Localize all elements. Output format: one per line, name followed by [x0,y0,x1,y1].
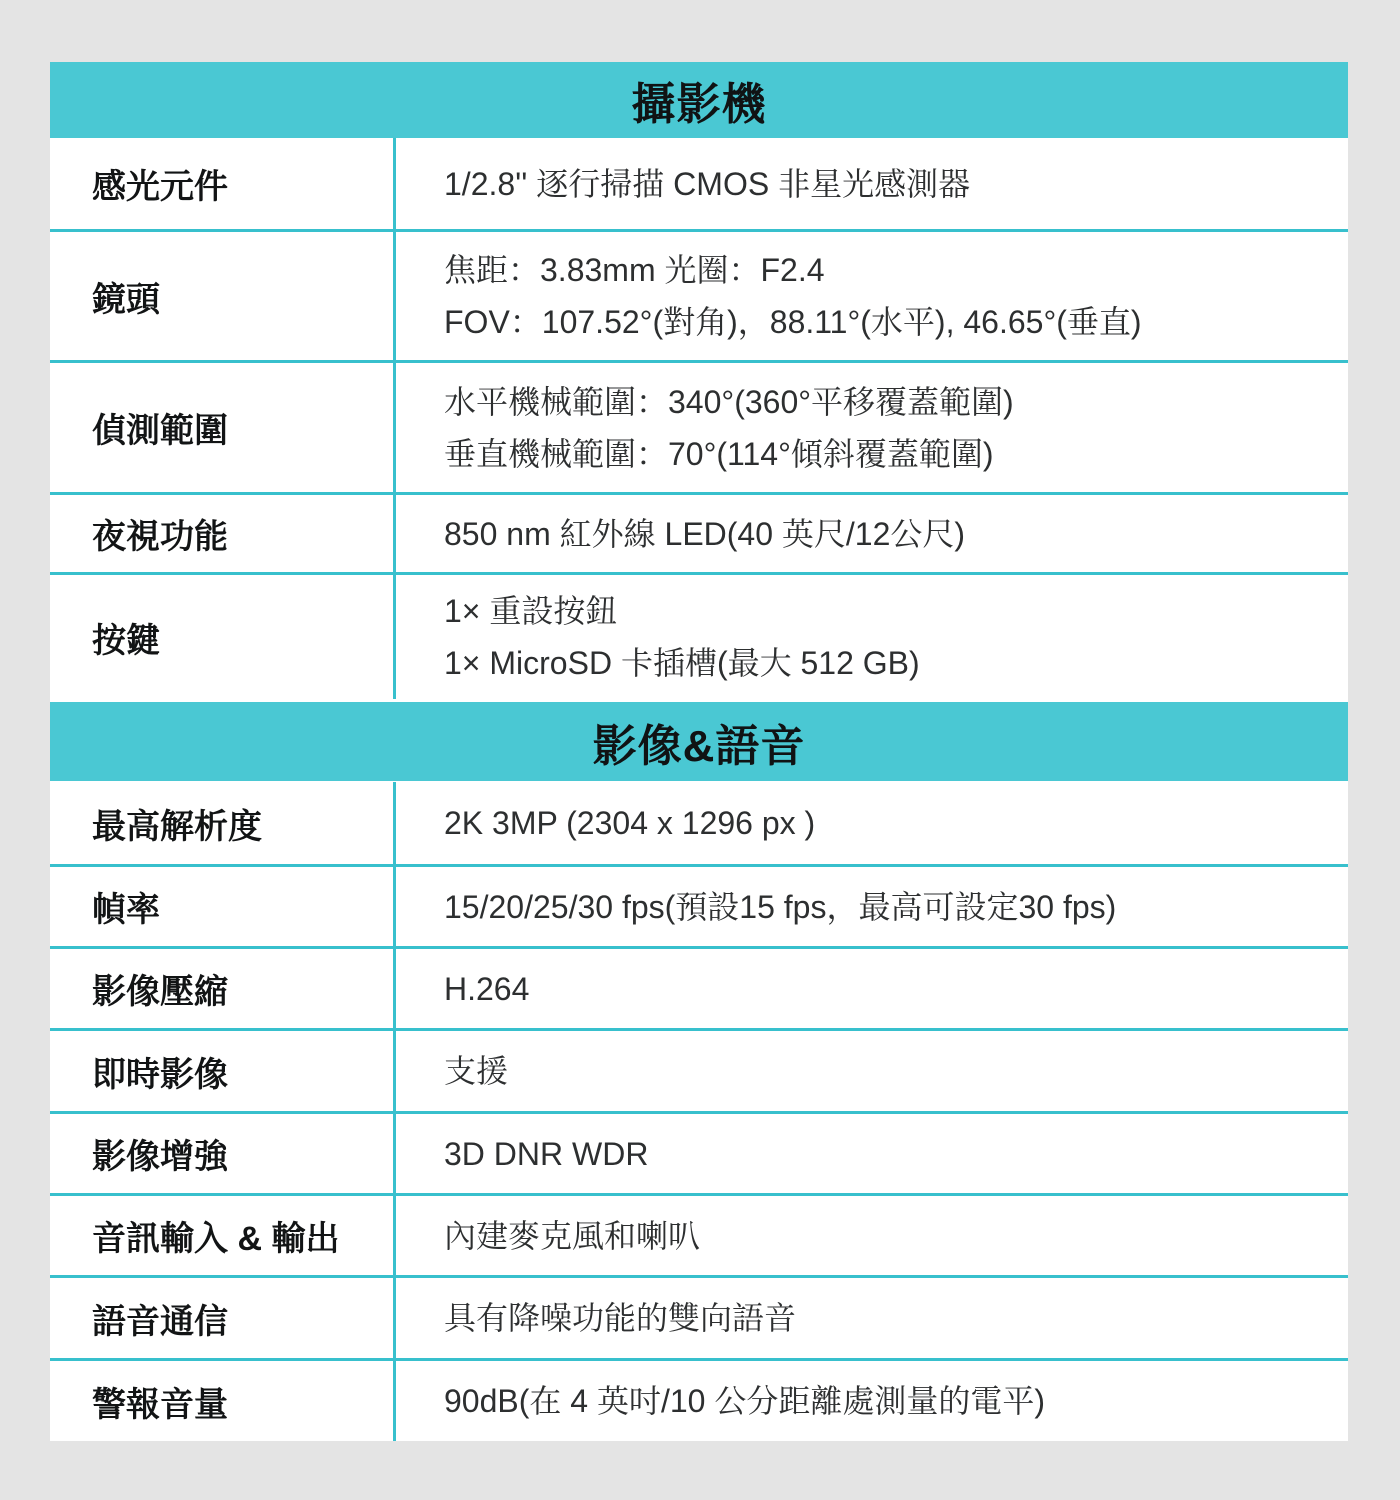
spec-value-line: 15/20/25/30 fps(預設15 fps，最高可設定30 fps) [444,881,1328,933]
spec-label: 幀率 [50,867,396,946]
table-row: 影像增強 3D DNR WDR [50,1111,1348,1193]
table-row: 影像壓縮 H.264 [50,946,1348,1028]
section-title: 攝影機 [632,68,767,132]
spec-label: 警報音量 [50,1361,396,1441]
spec-value: 850 nm 紅外線 LED(40 英尺/12公尺) [396,495,1348,572]
spec-label: 語音通信 [50,1278,396,1358]
spec-value: 支援 [396,1031,1348,1111]
spec-label: 夜視功能 [50,495,396,572]
table-row: 音訊輸入 & 輸出 內建麥克風和喇叭 [50,1193,1348,1275]
table-row: 感光元件 1/2.8'' 逐行掃描 CMOS 非星光感測器 [50,138,1348,229]
spec-value-line: 1/2.8'' 逐行掃描 CMOS 非星光感測器 [444,158,1328,210]
table-row: 偵測範圍 水平機械範圍：340°(360°平移覆蓋範圍) 垂直機械範圍：70°(… [50,360,1348,492]
spec-value: 具有降噪功能的雙向語音 [396,1278,1348,1358]
spec-value: 1× 重設按鈕 1× MicroSD 卡插槽(最大 512 GB) [396,575,1348,699]
spec-value-line: 850 nm 紅外線 LED(40 英尺/12公尺) [444,508,1328,560]
spec-value: 2K 3MP (2304 x 1296 px ) [396,782,1348,864]
spec-value: 15/20/25/30 fps(預設15 fps，最高可設定30 fps) [396,867,1348,946]
spec-value-line: 內建麥克風和喇叭 [444,1210,1328,1262]
spec-value: 90dB(在 4 英吋/10 公分距離處測量的電平) [396,1361,1348,1441]
spec-label: 最高解析度 [50,782,396,864]
table-row: 即時影像 支援 [50,1028,1348,1111]
spec-value-line: H.264 [444,963,1328,1015]
table-row: 幀率 15/20/25/30 fps(預設15 fps，最高可設定30 fps) [50,864,1348,946]
spec-value: 焦距：3.83mm 光圈：F2.4 FOV：107.52°(對角)，88.11°… [396,232,1348,360]
spec-value-line: 垂直機械範圍：70°(114°傾斜覆蓋範圍) [444,428,1328,480]
table-row: 鏡頭 焦距：3.83mm 光圈：F2.4 FOV：107.52°(對角)，88.… [50,229,1348,360]
spec-table: 攝影機 感光元件 1/2.8'' 逐行掃描 CMOS 非星光感測器 鏡頭 焦距：… [50,62,1348,1441]
spec-value-line: 90dB(在 4 英吋/10 公分距離處測量的電平) [444,1375,1328,1427]
spec-value-line: 1× MicroSD 卡插槽(最大 512 GB) [444,637,1328,689]
spec-label: 音訊輸入 & 輸出 [50,1196,396,1275]
spec-value-line: 水平機械範圍：340°(360°平移覆蓋範圍) [444,376,1328,428]
spec-label: 感光元件 [50,138,396,229]
spec-value: 內建麥克風和喇叭 [396,1196,1348,1275]
page-background: { "colors": { "accent": "#4AC8D3", "line… [0,0,1400,1500]
spec-value-line: 3D DNR WDR [444,1128,1328,1180]
spec-label: 按鍵 [50,575,396,699]
spec-label: 即時影像 [50,1031,396,1111]
table-row: 按鍵 1× 重設按鈕 1× MicroSD 卡插槽(最大 512 GB) [50,572,1348,699]
spec-value: 1/2.8'' 逐行掃描 CMOS 非星光感測器 [396,138,1348,229]
spec-label: 影像壓縮 [50,949,396,1028]
table-row: 語音通信 具有降噪功能的雙向語音 [50,1275,1348,1358]
spec-value: 水平機械範圍：340°(360°平移覆蓋範圍) 垂直機械範圍：70°(114°傾… [396,363,1348,492]
table-row: 夜視功能 850 nm 紅外線 LED(40 英尺/12公尺) [50,492,1348,572]
spec-label: 偵測範圍 [50,363,396,492]
spec-label: 鏡頭 [50,232,396,360]
spec-label: 影像增強 [50,1114,396,1193]
table-row: 最高解析度 2K 3MP (2304 x 1296 px ) [50,782,1348,864]
spec-value-line: 2K 3MP (2304 x 1296 px ) [444,797,1328,849]
spec-value-line: 1× 重設按鈕 [444,585,1328,637]
table-row: 警報音量 90dB(在 4 英吋/10 公分距離處測量的電平) [50,1358,1348,1441]
spec-value: H.264 [396,949,1348,1028]
spec-value: 3D DNR WDR [396,1114,1348,1193]
section-title: 影像&語音 [593,710,806,774]
spec-value-line: 焦距：3.83mm 光圈：F2.4 [444,244,1328,296]
section-header-video-audio: 影像&語音 [50,702,1348,781]
section-header-camera: 攝影機 [50,62,1348,138]
spec-value-line: 具有降噪功能的雙向語音 [444,1292,1328,1344]
spec-value-line: FOV：107.52°(對角)，88.11°(水平), 46.65°(垂直) [444,296,1328,348]
spec-value-line: 支援 [444,1045,1328,1097]
